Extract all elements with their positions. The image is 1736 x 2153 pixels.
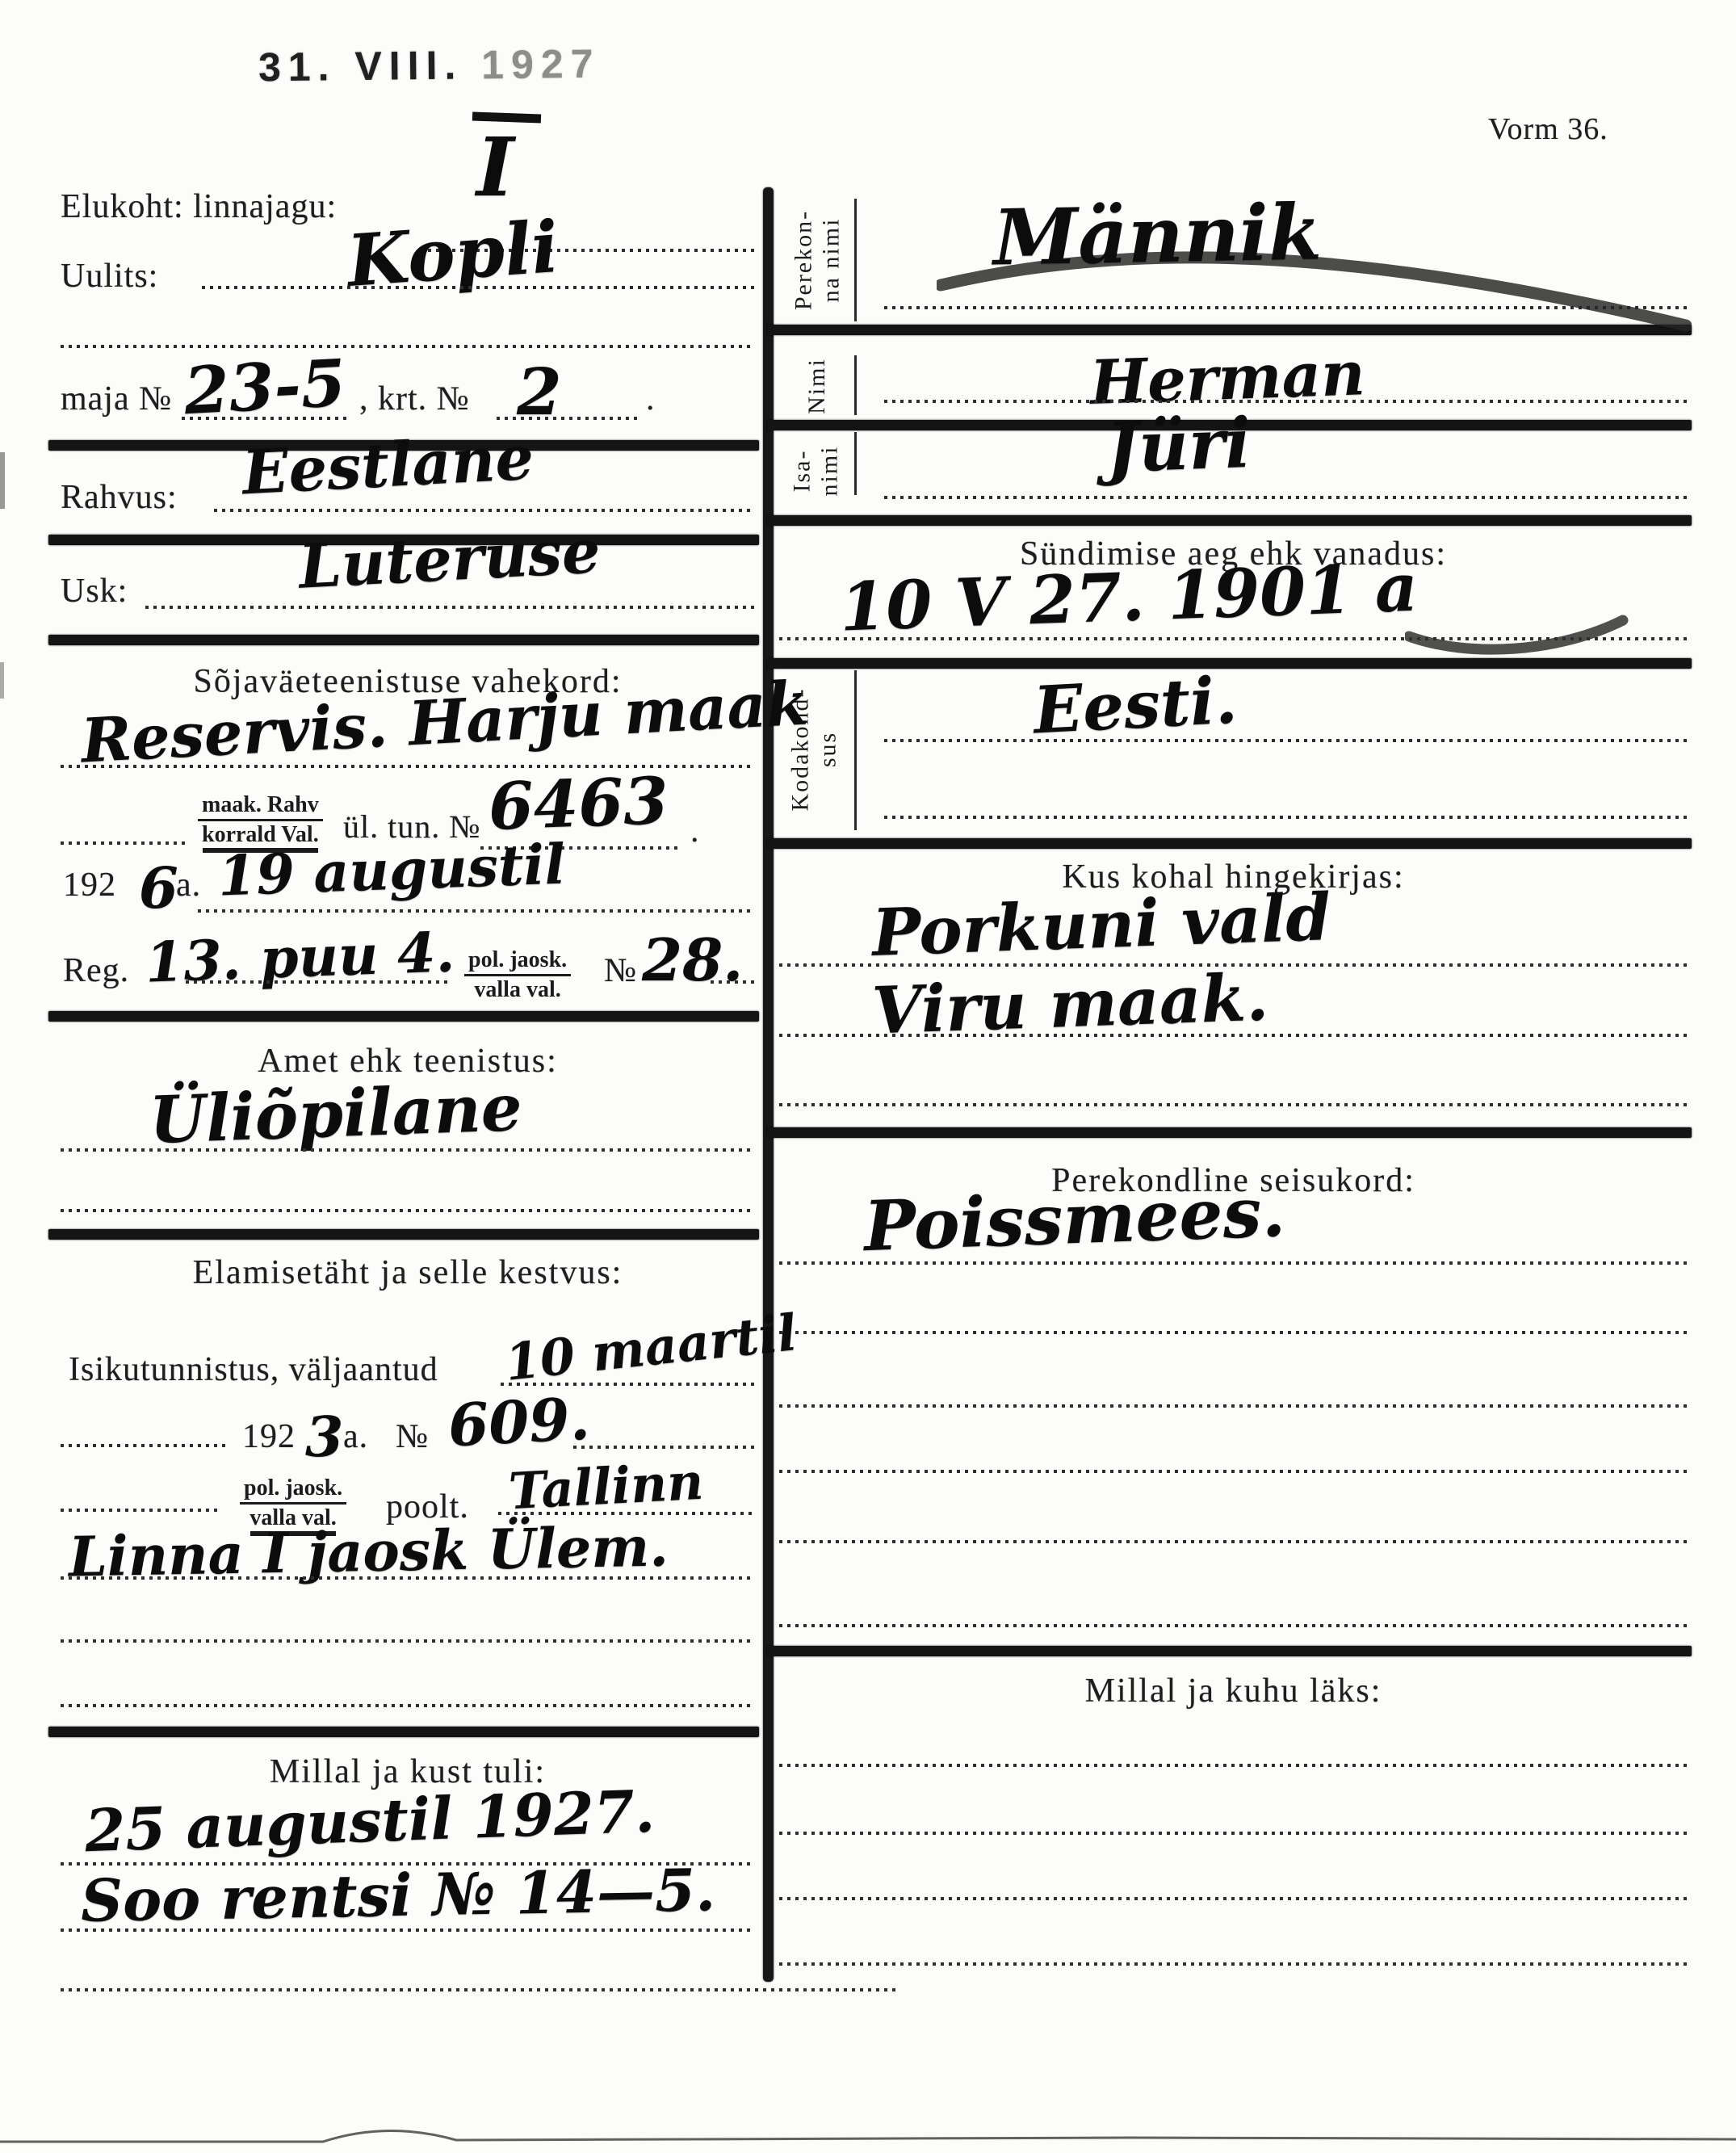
family-name-handwritten: Männik [992, 187, 1323, 283]
dotted-line [61, 1509, 222, 1512]
section-divider [767, 1127, 1692, 1138]
apartment-number-label: , krt. № [359, 380, 470, 418]
dotted-line [779, 637, 1688, 640]
family-name-label: Perekon- na nimi [790, 210, 844, 310]
dotted-line [779, 1261, 1688, 1265]
first-name-label: Nimi [803, 358, 831, 414]
section-divider [767, 838, 1692, 849]
nationality-value-handwritten: Eestlane [241, 422, 535, 509]
district-value-handwritten: I [476, 120, 514, 215]
registry-parish-handwritten: Porkuni vald [871, 879, 1332, 971]
dotted-line [145, 606, 755, 609]
period-mark: . [690, 812, 700, 850]
label-separator [854, 355, 857, 415]
fraction-top: maak. Rahv [198, 791, 323, 821]
year-abbrev: a. [343, 1417, 368, 1456]
maak-rahv-fraction: maak. Rahv korrald Val. [198, 791, 323, 848]
father-name-handwritten: Jüri [1105, 403, 1252, 489]
dotted-line [884, 816, 1688, 819]
dotted-line [61, 841, 190, 845]
number-sign: № [604, 951, 637, 990]
occupation-value-handwritten: Üliõpilane [149, 1069, 524, 1158]
dotted-line [497, 417, 638, 420]
registration-date-handwritten: 19 augustil [217, 833, 567, 909]
departure-heading: Millal ja kuhu läks: [779, 1672, 1688, 1710]
dotted-line [884, 496, 1688, 499]
year-digit-handwritten: 3 [305, 1405, 343, 1470]
residence-label: Elukoht: linnajagu: [61, 187, 337, 226]
dotted-line [61, 1928, 755, 1932]
reg-value-handwritten: 13. puu 4. [145, 920, 456, 995]
dotted-line [779, 1962, 1688, 1966]
section-divider [48, 1229, 759, 1240]
dotted-line [498, 1512, 755, 1515]
id-card-label: Isikutunnistus, väljaantud [69, 1350, 438, 1389]
fraction-top: pol. jaosk. [464, 946, 571, 976]
page-edge-line [0, 2117, 1736, 2153]
year-print: 192 [242, 1417, 296, 1456]
year-digit-handwritten: 6 [139, 854, 178, 921]
dotted-line [61, 1988, 896, 1991]
citizenship-handwritten: Eesti. [1032, 661, 1239, 748]
dotted-line [779, 1764, 1688, 1767]
dotted-line [779, 1404, 1688, 1408]
label-separator [854, 432, 857, 495]
pol-jaosk-fraction: pol. jaosk. valla val. [464, 946, 571, 1003]
dotted-line [884, 400, 1688, 403]
dotted-line [779, 1540, 1688, 1543]
dotted-line [779, 1103, 1688, 1106]
period-mark: . [646, 380, 656, 418]
reg-number-handwritten: 28. [642, 925, 743, 994]
nationality-label: Rahvus: [61, 478, 178, 517]
arrival-address-handwritten: Soo rentsi № 14—5. [80, 1855, 715, 1935]
dotted-line [61, 1639, 755, 1643]
dotted-line [779, 1832, 1688, 1835]
dotted-line [61, 1704, 755, 1707]
father-name-label: Isa- nimi [788, 445, 842, 496]
dotted-line [182, 417, 347, 420]
dotted-line [779, 1034, 1688, 1037]
label-separator [854, 199, 857, 321]
dotted-line [61, 1576, 755, 1580]
id-card-date-handwritten: 10 maartil [502, 1303, 799, 1391]
fraction-top: pol. jaosk. [240, 1475, 346, 1505]
dotted-line [198, 909, 755, 913]
stamp-date: 31. VIII. [258, 43, 463, 90]
section-divider [48, 635, 759, 645]
section-divider [767, 1646, 1692, 1656]
stamp-year: 1927 [481, 41, 601, 88]
dotted-line [61, 1209, 755, 1212]
form-number: Vorm 36. [1488, 111, 1608, 147]
religion-value-handwritten: Luteruse [297, 515, 602, 602]
street-label: Uulits: [61, 257, 158, 296]
dotted-line [61, 1444, 230, 1447]
dotted-line [61, 1148, 755, 1152]
marital-status-handwritten: Poissmees. [862, 1172, 1286, 1267]
fraction-bottom: valla val. [474, 976, 560, 1004]
dotted-line [884, 739, 1688, 742]
house-number-label: maja № [61, 380, 172, 418]
dotted-line [214, 509, 755, 512]
scanned-registration-form: 31. VIII. 1927 Vorm 36. Elukoht: linnaja… [0, 0, 1736, 2153]
year-abbrev: a. [176, 866, 201, 904]
date-stamp: 31. VIII. 1927 [258, 40, 601, 90]
label-separator [854, 670, 857, 830]
section-divider [48, 1011, 759, 1022]
dotted-line [202, 286, 755, 289]
number-sign: № [396, 1417, 429, 1456]
dotted-line [779, 1897, 1688, 1900]
reg-label: Reg. [63, 951, 129, 990]
dotted-line [61, 345, 755, 348]
dotted-line [573, 1446, 755, 1449]
year-print: 192 [63, 866, 116, 904]
scan-edge-mark [0, 662, 4, 699]
certificate-number-value-handwritten: 6463 [487, 762, 669, 845]
dotted-line [779, 1470, 1688, 1473]
section-divider [48, 1727, 759, 1737]
column-divider [763, 187, 774, 1982]
residence-permit-heading: Elamisetäht ja selle kestvus: [61, 1253, 755, 1292]
section-divider [767, 515, 1692, 526]
issuer-city-handwritten: Tallinn [507, 1452, 705, 1521]
religion-label: Usk: [61, 572, 128, 611]
id-card-number-handwritten: 609. [447, 1383, 592, 1459]
dotted-line [711, 980, 755, 984]
dotted-line [779, 1331, 1688, 1334]
dotted-line [186, 980, 452, 984]
dotted-line [779, 1624, 1688, 1627]
scan-edge-mark [0, 452, 5, 509]
